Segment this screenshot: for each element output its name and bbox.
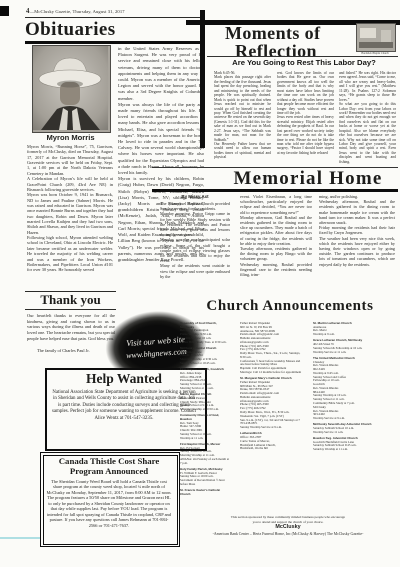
website-ad-tagline: Visit our web site	[126, 334, 185, 348]
church-entry-name: St. Francis Xavier's Catholic Church	[180, 489, 230, 496]
obituaries-section-title: Obituaries	[25, 19, 116, 41]
church-entry-line: Worship at 11 a.m.	[180, 437, 230, 441]
moments-text-col3: and fished.” He was right. His doctor ev…	[339, 71, 396, 164]
moments-photo-caption: Hurdsfield Baptist Church	[350, 52, 400, 55]
scan-teal-artifact	[0, 537, 43, 539]
issue-date-line: —McClusky Gazette, Thursday, August 31, …	[30, 9, 125, 14]
newspaper-page: 4—McClusky Gazette, Thursday, August 31,…	[0, 0, 400, 567]
church-entry: First Baptist Church, MercerRev. Ed Sock…	[180, 443, 230, 465]
church-footer-line1: This section sponsored by these communit…	[180, 515, 396, 519]
church-entry-line: Hurdsfield, On the hill	[240, 447, 304, 451]
church-column: Father Robert Wapenski600 1st St. W, PO …	[240, 322, 304, 454]
moments-text-col2: rest. God knows the limits of our bodies…	[277, 71, 334, 155]
obituary-photo-caption: Myron Morris	[26, 133, 115, 142]
church-entry-line: Morning Worship at 10:50 a.m.	[180, 408, 230, 412]
church-entry: Grace Lutheran Church, McClusky402 4th S…	[313, 339, 391, 354]
scan-corner-artifact	[0, 6, 9, 16]
thistle-body: The Sheridan County Weed Board will hold…	[46, 479, 172, 528]
church-entry-line: Sacrament of Reconciliation ½ hour befor…	[180, 479, 230, 487]
thankyou-body-text: Our heartfelt thanks to everyone for all…	[27, 313, 115, 341]
masthead-rule	[25, 17, 205, 18]
memorial-rule-bottom	[152, 189, 398, 192]
help-wanted-body: National Association State Department of…	[51, 390, 197, 422]
memorial-text-col1: The Emmanuel Baptist Church provided Sun…	[160, 201, 230, 279]
church-entry: McClusky Seventh-day Adventist ChurchSat…	[313, 423, 391, 434]
memorial-text-col3: ming, and/or polishing. Wednesday aftern…	[319, 194, 395, 267]
moments-article-title: Are You Going to Rest This Labor Day?	[209, 58, 399, 67]
church-entry-line: AWANA: 2nd Sunday of each month at 7 p.m…	[180, 458, 230, 466]
church-entry-line: Sunday School at 10:45 a.m.	[180, 362, 230, 366]
church-entry-line: Morning Service at 11 a.m.	[180, 387, 230, 391]
moments-photo	[356, 23, 396, 52]
church-entry-line: Marriage: Call 12 months before for appo…	[240, 371, 304, 375]
church-column: Assembly of God Church, McCluskyRev. Dar…	[180, 322, 230, 499]
church-entry-line: Worship at 9 a.m.	[313, 333, 391, 337]
church-entry: The United Methodist ChurchChaseleyRev. …	[313, 357, 391, 421]
church-entry: St. Martin Lutheran ChurchAnamooseRev. M…	[313, 322, 391, 337]
church-entry-line: Worship Service at 11 a.m.	[313, 351, 391, 355]
thankyou-section-title: Thank you	[25, 292, 116, 308]
church-entry: Father Robert Wapenski600 1st St. W, PO …	[240, 322, 304, 375]
moments-left-bar	[200, 10, 205, 148]
church-entry: McClusky Baptist ChurchRev. James KrajeC…	[180, 347, 230, 366]
church-entry: Martin Baptist ChurchPastor Mark Pearson…	[180, 393, 230, 412]
cowboy-portrait-graphic	[33, 46, 108, 130]
church-entry: St. Francis Xavier's Catholic Church	[180, 489, 230, 496]
website-ad-url: www.bhgnews.com	[126, 347, 187, 360]
church-entry-line: Saturday Worship at 11 a.m.	[313, 448, 391, 452]
church-entry: Assembly of God Church, McCluskyRev. Dar…	[180, 322, 230, 344]
church-entry-line: Sunday Worship Service at 9 a.m.	[240, 426, 304, 430]
church-footer-town: McClusky	[180, 524, 396, 530]
church-entry-line: Worship Service at 9 a.m.	[313, 417, 391, 421]
thistle-title-line2: Program Announced	[40, 466, 178, 476]
thistle-title-line1: Canada Thistle Cost Share	[40, 456, 178, 466]
church-footer-sponsors: -American Bank Center – Hertz Funeral Ho…	[180, 532, 396, 536]
church-section-title: Church Announcements	[190, 298, 390, 315]
memorial-byline: By Missy Axt	[160, 194, 230, 199]
masthead: 4—McClusky Gazette, Thursday, August 31,…	[26, 8, 125, 15]
memorial-section-title: Memorial Home	[210, 168, 400, 190]
church-entry: St. Margaret Mary's Catholic ChurchFathe…	[240, 377, 304, 430]
church-entry-line: Ladies Bible Study Tues. at 9:30 a.m.	[180, 341, 230, 345]
church-entry: First Baptist Church, GoodrichRev. James…	[180, 368, 230, 390]
church-entry-line: Worship Service 11 a.m.	[313, 431, 391, 435]
thistle-title: Canada Thistle Cost Share Program Announ…	[40, 456, 178, 477]
obituary-portrait-photo	[32, 45, 111, 133]
church-entry: Bowdon Svg. Adventist ChurchGoodrich Hur…	[313, 437, 391, 452]
church-entry: Community Church of God, BowdonRev. Tom …	[180, 414, 230, 440]
church-entry: Lutheran/ELCAOffice: 363-2387Carrie Tonn…	[240, 432, 304, 451]
memorial-text-col2: event. Violet Eisenbraun, a long time sc…	[240, 194, 312, 277]
thankyou-rule-bottom	[25, 309, 116, 310]
church-column: St. Martin Lutheran ChurchAnamooseRev. M…	[313, 322, 391, 454]
moments-rule	[207, 56, 398, 57]
moments-section-title: Moments of Reflection	[213, 24, 320, 60]
moments-title-line1: Moments of	[213, 24, 320, 42]
moments-text-col1: Mark 6:45-56. Mark places this passage r…	[214, 71, 271, 160]
church-entry: Holy Family Parish, McCluskyFr. William …	[180, 468, 230, 487]
obituaries-rule	[25, 41, 205, 44]
obituary-text-col1: Myron Morris, “Running Horse”, 75, Garri…	[27, 144, 113, 273]
